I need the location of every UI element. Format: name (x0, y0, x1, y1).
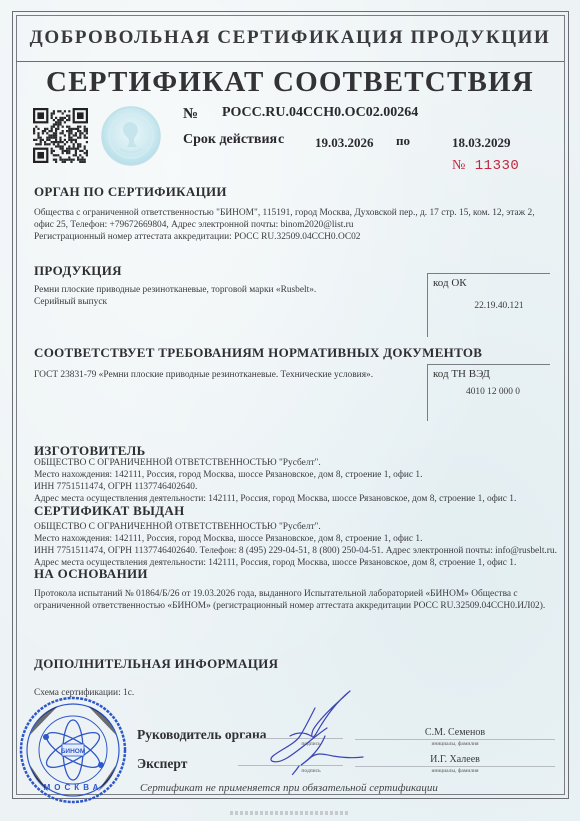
basis-line: ограниченной ответственностью «БИНОМ» (р… (34, 600, 545, 612)
expert-label: Эксперт (137, 756, 187, 772)
serial-number: № 11330 (452, 158, 519, 174)
code-tnved-label: код ТН ВЭД (433, 368, 490, 380)
certification-body-title: ОРГАН ПО СЕРТИФИКАЦИИ (34, 184, 227, 200)
issued-to-text: ОБЩЕСТВО С ОГРАНИЧЕННОЙ ОТВЕТСТВЕННОСТЬЮ… (34, 521, 557, 569)
valid-to-date: 18.03.2029 (452, 135, 511, 151)
manufacturer-text: ОБЩЕСТВО С ОГРАНИЧЕННОЙ ОТВЕТСТВЕННОСТЬЮ… (34, 457, 516, 505)
number-label: № (183, 106, 198, 123)
certification-body-text: Общества с ограниченной ответственностью… (34, 207, 535, 243)
valid-from-label: с (278, 132, 284, 148)
basis-line: Протокола испытаний № 01864/Б/26 от 19.0… (34, 588, 545, 600)
code-ok-value: 22.19.40.121 (438, 301, 560, 311)
code-ok-label: код ОК (433, 277, 467, 289)
valid-from-date: 19.03.2026 (315, 135, 374, 151)
product-line: Серийный выпуск (34, 296, 316, 308)
certification-body-line: офис 25, Телефон: +79672669804, Адрес эл… (34, 219, 535, 231)
svg-text:МОСКВА: МОСКВА (44, 783, 103, 792)
print-footer-mark (230, 811, 350, 815)
head-of-body-label: Руководитель органа (137, 727, 267, 743)
basis-text: Протокола испытаний № 01864/Б/26 от 19.0… (34, 588, 545, 612)
compliance-line: ГОСТ 23831-79 «Ремни плоские приводные р… (34, 369, 373, 381)
official-stamp-icon: БИНОМ МОСКВА (18, 695, 128, 805)
manufacturer-line: Место нахождения: 142111, Россия, город … (34, 469, 516, 481)
expert-name-line (355, 766, 555, 767)
qr-code-icon (33, 108, 88, 163)
serial-value: 11330 (475, 158, 520, 174)
hologram-seal-icon (100, 105, 162, 167)
certification-body-line: Общества с ограниченной ответственностью… (34, 207, 535, 219)
manufacturer-line: ОБЩЕСТВО С ОГРАНИЧЕННОЙ ОТВЕТСТВЕННОСТЬЮ… (34, 457, 516, 469)
head-name-caption: инициалы, фамилия (375, 741, 535, 747)
signature-icon (255, 688, 365, 778)
serial-prefix: № (452, 158, 466, 173)
validity-label: Срок действия (183, 132, 277, 148)
head-name: С.М. Семенов (375, 727, 535, 738)
valid-to-label: по (396, 133, 410, 149)
disclaimer-text: Сертификат не применяется при обязательн… (140, 782, 438, 794)
issued-to-line: Место нахождения: 142111, Россия, город … (34, 533, 557, 545)
certificate-title: СЕРТИФИКАТ СООТВЕТСТВИЯ (16, 62, 564, 102)
additional-info-title: ДОПОЛНИТЕЛЬНАЯ ИНФОРМАЦИЯ (34, 656, 278, 672)
code-tnved-value: 4010 12 000 0 (432, 387, 554, 397)
certificate-number: РОСС.RU.04ССН0.ОС02.00264 (222, 105, 418, 121)
issued-to-line: ИНН 7751511474, ОГРН 1137746402640. Теле… (34, 545, 557, 557)
code-tnved-box: код ТН ВЭД 4010 12 000 0 (427, 364, 550, 421)
issued-to-title: СЕРТИФИКАТ ВЫДАН (34, 503, 185, 519)
manufacturer-line: ИНН 7751511474, ОГРН 1137746402640. (34, 481, 516, 493)
compliance-text: ГОСТ 23831-79 «Ремни плоские приводные р… (34, 369, 373, 381)
product-line: Ремни плоские приводные резинотканевые, … (34, 284, 316, 296)
basis-title: НА ОСНОВАНИИ (34, 566, 148, 582)
expert-name-caption: инициалы, фамилия (375, 768, 535, 774)
svg-text:БИНОМ: БИНОМ (61, 748, 86, 755)
product-text: Ремни плоские приводные резинотканевые, … (34, 284, 316, 308)
code-ok-box: код ОК 22.19.40.121 (427, 273, 550, 337)
voluntary-certification-header: ДОБРОВОЛЬНАЯ СЕРТИФИКАЦИЯ ПРОДУКЦИИ (16, 15, 564, 62)
expert-name: И.Г. Халеев (375, 754, 535, 765)
head-name-line (355, 739, 555, 740)
compliance-title: СООТВЕТСТВУЕТ ТРЕБОВАНИЯМ НОРМАТИВНЫХ ДО… (34, 345, 482, 361)
issued-to-line: ОБЩЕСТВО С ОГРАНИЧЕННОЙ ОТВЕТСТВЕННОСТЬЮ… (34, 521, 557, 533)
product-title: ПРОДУКЦИЯ (34, 263, 122, 279)
certification-body-line: Регистрационный номер аттестата аккредит… (34, 231, 535, 243)
